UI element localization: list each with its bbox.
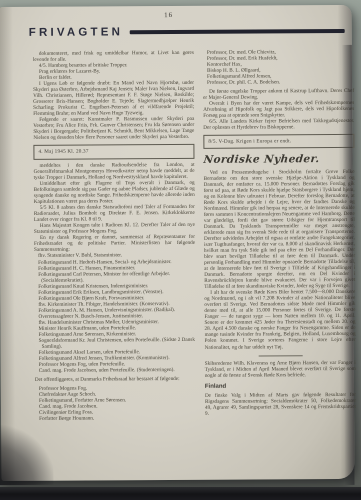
photo-background: 16 FRIVAGTEN dokumenteret, med frisk og … bbox=[0, 0, 361, 500]
council-intro: Det offentliggøres, at Danmarks Frihedsr… bbox=[35, 376, 196, 383]
page-content: dokumenteret, med frisk og umiddelbar Hu… bbox=[33, 49, 356, 422]
council-member: Forfatter Børge Houmann. bbox=[35, 415, 196, 422]
shipowners-paragraph: Skibsrederne Wilh. Klaveness og Arne Bjø… bbox=[205, 359, 356, 378]
page-corner-shadow bbox=[0, 423, 53, 485]
paragraph: 6/5. Alle Landets Kirker fejrer Befriels… bbox=[203, 118, 354, 131]
paragraph: Overalt i Byen har der været Kampe, dels… bbox=[203, 100, 354, 119]
freedom-council-list-right: Professor, Dr. med. Ole Chievitz,Profess… bbox=[203, 49, 354, 86]
minister-list: fhv. Statsminister V. Buhl, Statsministe… bbox=[34, 252, 196, 374]
nordic-paragraphs: Ved en Pressemodtagelse i Stockholm fort… bbox=[204, 169, 356, 351]
paragraph: En ny dansk Regering er dannet, sammensa… bbox=[34, 234, 195, 253]
paragraph: dokumenteret, med frisk og umiddelbar Hu… bbox=[33, 50, 194, 63]
paragraph: Umiddelbart efter gik Flagene til Tops o… bbox=[34, 180, 195, 205]
body-paragraphs: meddeltes i den danske Radioudsendelse f… bbox=[34, 162, 196, 253]
paragraph: 5/5 Kl. 8 aabnes den danske Statsradiofo… bbox=[34, 204, 195, 223]
masthead-rule bbox=[130, 29, 345, 35]
paragraph: Ved en Pressemodtagelse i Stockholm fort… bbox=[204, 169, 356, 291]
freedom-council-list-left: Professor Mogens Fog.Chefredaktør Aage S… bbox=[35, 385, 196, 422]
section-heading-finland: Finland bbox=[205, 383, 356, 391]
left-column: dokumenteret, med frisk og umiddelbar Hu… bbox=[33, 50, 196, 422]
minister-item: Cand. mag. Frode Jacobsen, uden Portefeu… bbox=[35, 367, 196, 374]
page-number: 16 bbox=[0, 10, 339, 20]
paragraph: De første engelske Tropper ankom til Kas… bbox=[203, 88, 354, 101]
masthead: FRIVAGTEN bbox=[29, 25, 345, 39]
paragraph: Følgende er saaret: Kunstmaler P. Rasmus… bbox=[33, 116, 194, 141]
scanned-page: 16 FRIVAGTEN dokumenteret, med frisk og … bbox=[0, 5, 354, 481]
right-column: Professor, Dr. med. Ole Chievitz,Profess… bbox=[203, 49, 356, 421]
news-paragraphs: De første engelske Tropper ankom til Kas… bbox=[203, 88, 354, 131]
minister-item: Sognerådsformand Kr. Juul Christensen, u… bbox=[35, 337, 196, 350]
section-divider bbox=[258, 355, 302, 356]
vday-box: 8/5. V-Dag. Krigen i Europa er endt. bbox=[203, 134, 354, 149]
minister-item: Folketingsmand Carl Petersen, Minister f… bbox=[34, 270, 195, 283]
paragraph: I alt har de svenske Røde Kors Biler hen… bbox=[204, 289, 355, 350]
table-edge bbox=[0, 487, 361, 500]
masthead-title: FRIVAGTEN bbox=[29, 26, 123, 39]
finland-paragraph: De finske Valg i Midten af Marts gav føl… bbox=[205, 392, 356, 417]
paragraph: I Ugens Løb er følgende dræbt: En Mand v… bbox=[33, 80, 194, 117]
section-heading-nordiske: Nordiske Nyheder. bbox=[203, 153, 355, 166]
date-box: 4. Maj 1945 Kl. 20.37 bbox=[33, 144, 194, 160]
paragraph: meddeltes i den danske Radioudsendelse f… bbox=[34, 162, 195, 181]
intro-paragraphs: dokumenteret, med frisk og umiddelbar Hu… bbox=[33, 50, 195, 141]
minister-item: Folketingsmand H. Hedtoft-Hansen, Social… bbox=[34, 258, 195, 265]
